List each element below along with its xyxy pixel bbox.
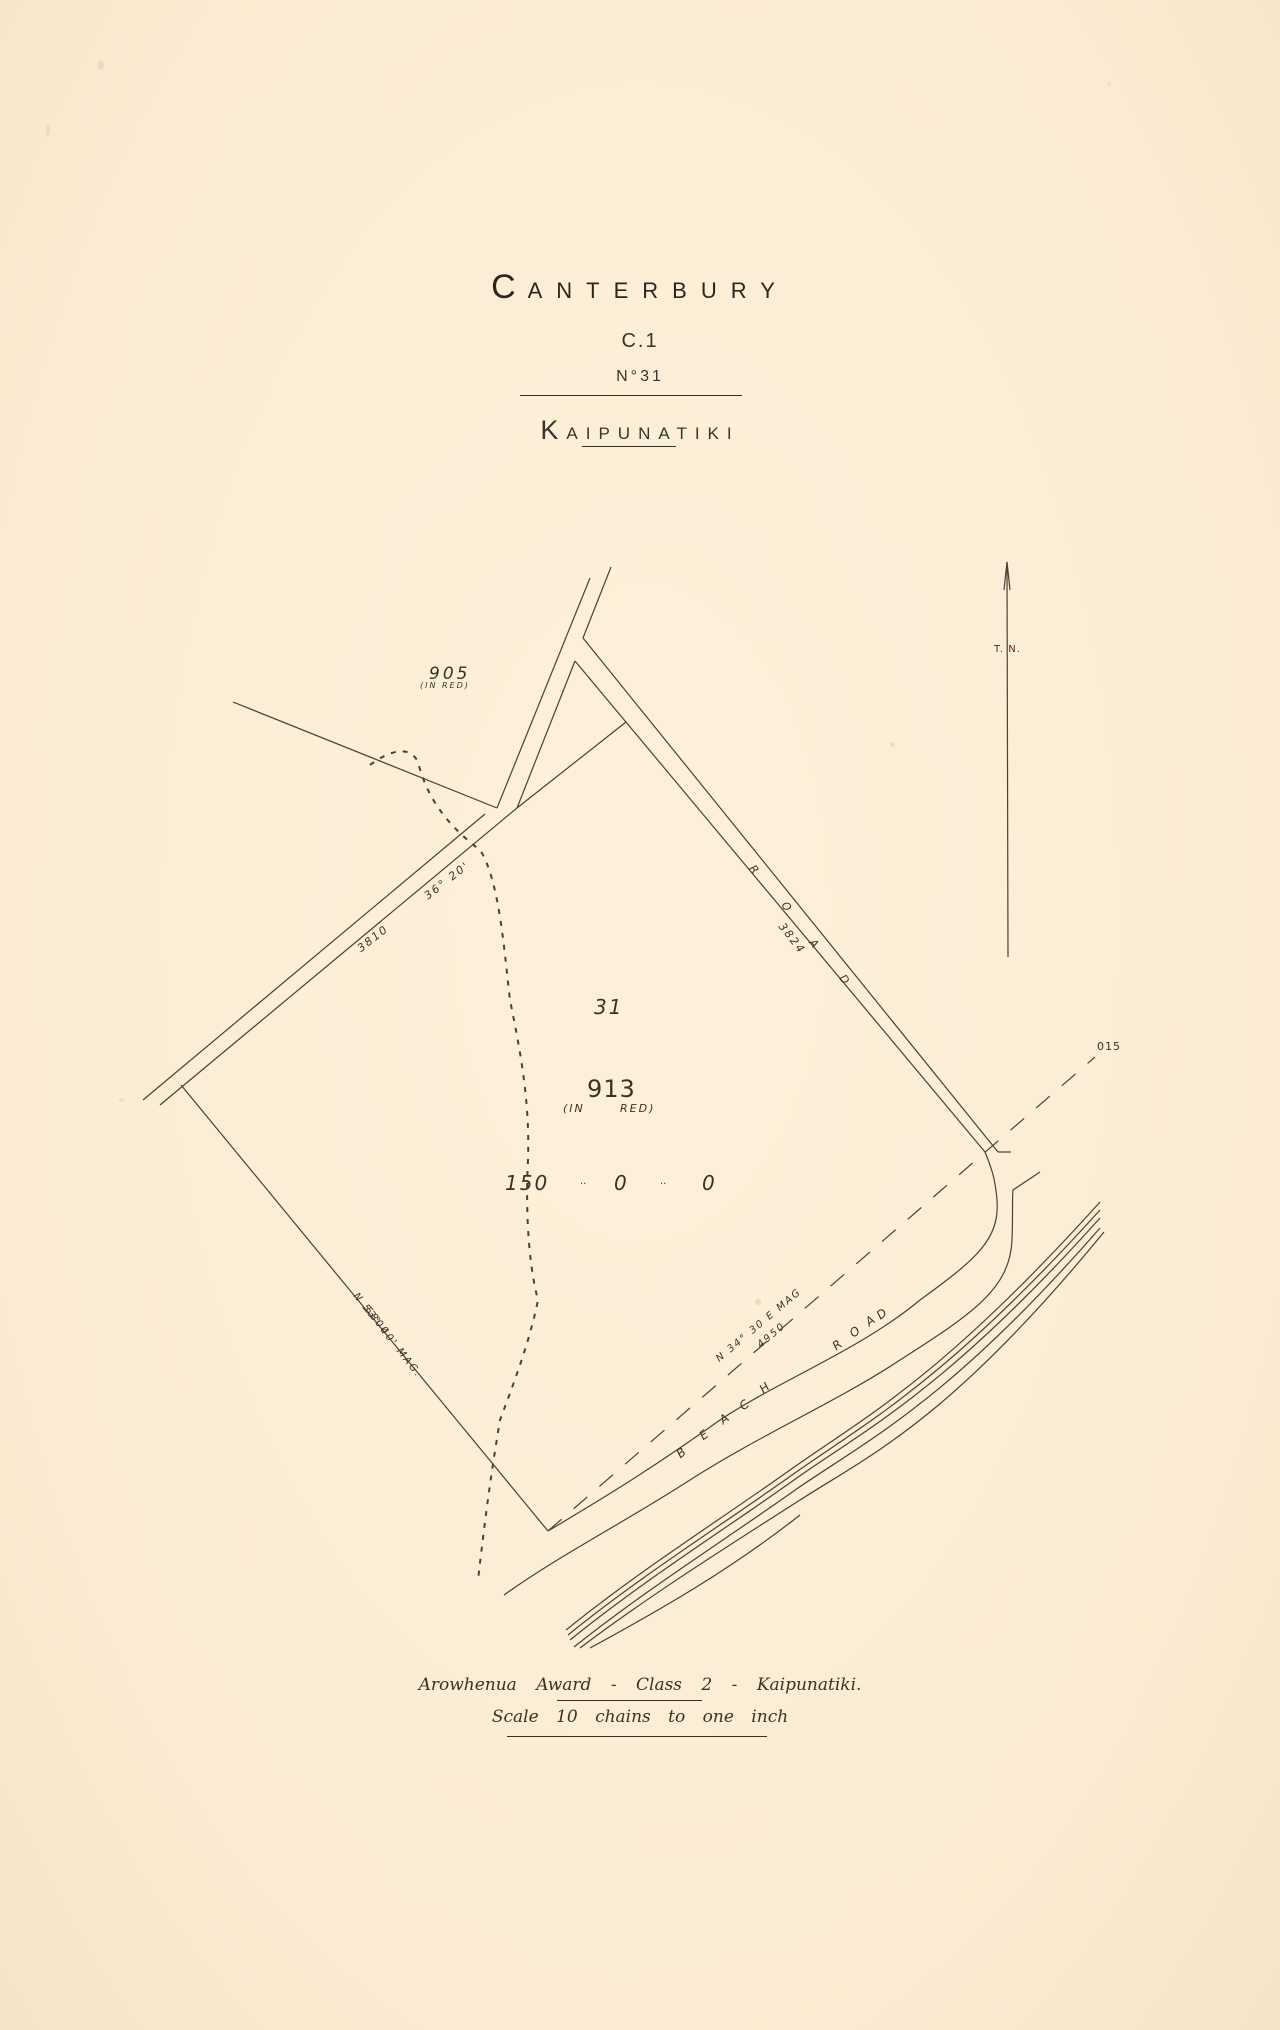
caption-underline [557,1700,702,1701]
area-roods: 0 [614,1171,627,1195]
area-perches: 0 [702,1171,715,1195]
caption-dash-2: - [732,1675,738,1695]
adjacent-section-note: (IN RED) [420,681,470,690]
north-arrow-shaft [1007,562,1008,957]
caption: Arowhenua Award - Class 2 - Kaipunatiki. [0,1675,1280,1695]
caption-part-2: Award [536,1675,591,1695]
coastline-1 [566,1202,1100,1630]
east-road-outer-edge [583,638,998,1152]
area-separator-1: .. [580,1176,586,1187]
north-road-east-edge-top [583,567,611,638]
ne-road-north-edge [143,814,485,1100]
north-road-west-edge [497,578,590,808]
north-road-east-edge-bottom [517,661,575,808]
section-red-note-right: RED) [620,1102,655,1115]
section-red-number: 913 [587,1075,636,1103]
area-acres: 150 [505,1171,549,1195]
scale-underline [507,1736,767,1737]
section-number: 31 [594,995,623,1019]
caption-part-1: Arowhenua [419,1675,517,1695]
scale-note: Scale 10 chains to one inch [0,1707,1280,1727]
caption-dash-1: - [611,1675,617,1695]
caption-part-4: Kaipunatiki. [757,1675,862,1695]
north-arrow-label: T. N. [994,644,1021,655]
beach-road-south-edge [504,1172,1040,1595]
boundary-905 [233,702,497,808]
area-separator-2: .. [660,1176,666,1187]
ne-road-south-edge [160,808,517,1105]
station-label: 015 [1097,1040,1121,1053]
caption-part-3: Class 2 [636,1675,712,1695]
section-red-note-left: (IN [563,1102,585,1115]
